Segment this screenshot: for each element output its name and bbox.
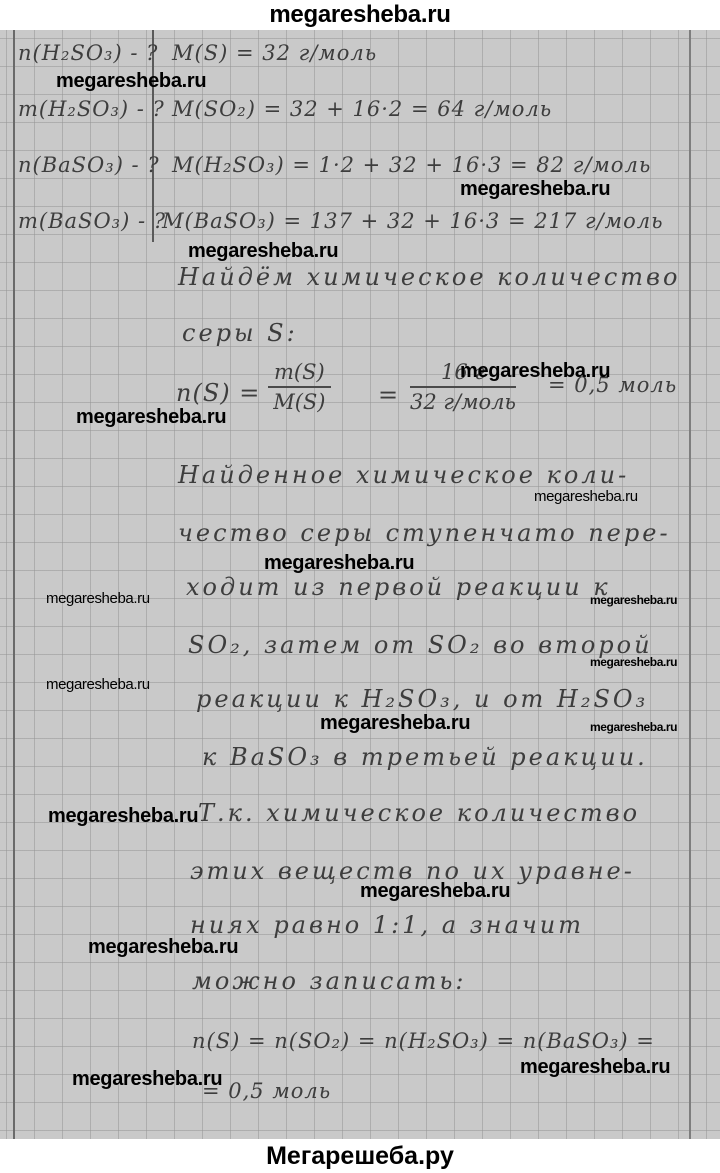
given-formula-3: M(H₂SO₃) = 1·2 + 32 + 16·3 = 82 г/моль xyxy=(172,150,651,180)
watermark: megaresheba.ru xyxy=(48,805,198,828)
watermark: megaresheba.ru xyxy=(534,488,638,505)
watermark: megaresheba.ru xyxy=(46,676,150,693)
watermark: megaresheba.ru xyxy=(590,720,677,734)
solution-line-2: серы S: xyxy=(182,318,298,348)
left-margin-line xyxy=(13,30,15,1139)
watermark: megaresheba.ru xyxy=(320,712,470,735)
calc-equals: = xyxy=(378,380,399,410)
watermark: megaresheba.ru xyxy=(590,655,677,669)
site-footer: Мегарешеба.ру xyxy=(0,1139,720,1173)
fraction-mass-over-molar: m(S) M(S) xyxy=(268,360,331,414)
watermark: megaresheba.ru xyxy=(360,880,510,903)
given-formula-1: M(S) = 32 г/моль xyxy=(172,38,377,68)
paragraph-line-2: чество серы ступенчато пере- xyxy=(178,518,671,548)
watermark: megaresheba.ru xyxy=(520,1056,670,1079)
fraction-1-denominator: M(S) xyxy=(268,388,331,414)
fraction-2-denominator: 32 г/моль xyxy=(410,388,516,414)
calc-lhs: n(S) = xyxy=(176,378,260,408)
given-find-3: n(BaSO₃) - ? xyxy=(18,150,160,180)
given-find-2: m(H₂SO₃) - ? xyxy=(18,94,165,124)
right-margin-line xyxy=(689,30,691,1139)
paragraph-line-1: Найденное химическое коли- xyxy=(178,460,629,490)
given-find-1: n(H₂SO₃) - ? xyxy=(18,38,158,68)
paragraph-line-6: к BaSO₃ в третьей реакции. xyxy=(202,742,648,772)
watermark: megaresheba.ru xyxy=(46,590,150,607)
given-find-4: m(BaSO₃) - ? xyxy=(18,206,166,236)
paragraph-line-3: ходит из первой реакции к xyxy=(186,572,611,602)
fraction-1-numerator: m(S) xyxy=(268,360,331,388)
watermark: megaresheba.ru xyxy=(460,178,610,201)
paragraph-line-4: SO₂, затем от SO₂ во второй xyxy=(188,630,653,660)
site-header: megaresheba.ru xyxy=(0,0,720,30)
paragraph-line-9: ниях равно 1:1, а значит xyxy=(190,910,584,940)
notebook-page: n(H₂SO₃) - ? M(S) = 32 г/моль m(H₂SO₃) -… xyxy=(0,30,720,1139)
solution-line-1: Найдём химическое количество xyxy=(178,262,680,292)
watermark: megaresheba.ru xyxy=(460,360,610,383)
watermark: megaresheba.ru xyxy=(76,406,226,429)
watermark: megaresheba.ru xyxy=(188,240,338,263)
watermark: megaresheba.ru xyxy=(56,70,206,93)
paragraph-line-5: реакции к H₂SO₃, и от H₂SO₃ xyxy=(196,684,648,714)
watermark: megaresheba.ru xyxy=(72,1068,222,1091)
given-formula-2: M(SO₂) = 32 + 16·2 = 64 г/моль xyxy=(172,94,552,124)
given-formula-4: M(BaSO₃) = 137 + 32 + 16·3 = 217 г/моль xyxy=(162,206,664,236)
paragraph-line-7: Т.к. химическое количество xyxy=(198,798,640,828)
final-equation: n(S) = n(SO₂) = n(H₂SO₃) = n(BaSO₃) = xyxy=(192,1026,655,1056)
paragraph-line-10: можно записать: xyxy=(192,966,467,996)
watermark: megaresheba.ru xyxy=(590,593,677,607)
watermark: megaresheba.ru xyxy=(264,552,414,575)
watermark: megaresheba.ru xyxy=(88,936,238,959)
